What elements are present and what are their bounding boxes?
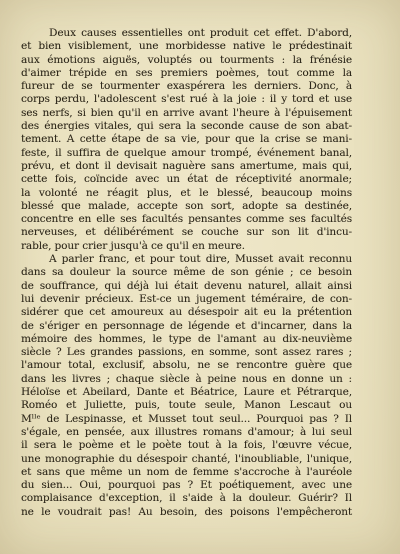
text-line: sidérer que cet amoureux au désespoir ai…	[21, 306, 352, 319]
text-line: l'amour total, exclusif, absolu, ne se r…	[21, 359, 352, 372]
text-line: concentre en elle ses facultés pensantes…	[21, 213, 352, 226]
text-line: aux émotions aiguës, voluptés ou tourmen…	[21, 54, 352, 67]
text-line: ses nerfs, si bien qu'il en arrive avant…	[21, 107, 352, 120]
text-line: corps perdu, l'adolescent s'est rué à la…	[21, 93, 352, 106]
text-line: la volonté ne réagit plus, et le blessé,…	[21, 187, 352, 200]
text-line: il sera le poème et le poète tout à la f…	[21, 439, 352, 452]
text-line: mémoire des hommes, le type de l'amant a…	[21, 333, 352, 346]
text-line: tement. A cette étape de sa vie, pour qu…	[21, 133, 352, 146]
text-line: siècle ? Les grandes passions, en somme,…	[21, 346, 352, 359]
text-line: Deux causes essentielles ont produit cet…	[21, 27, 352, 40]
text-line: cette fois, coïncide avec un état de réc…	[21, 173, 352, 186]
book-page: Deux causes essentielles ont produit cet…	[0, 0, 400, 554]
page-text-block: Deux causes essentielles ont produit cet…	[21, 27, 352, 519]
text-line: Héloïse et Abeilard, Dante et Béatrice, …	[21, 386, 352, 399]
text-line: s'égale, en pensée, aux illustres romans…	[21, 426, 352, 439]
text-line: de souffrance, qui déjà lui était devenu…	[21, 280, 352, 293]
text-line: rable, pour crier jusqu'à ce qu'il en me…	[21, 240, 352, 253]
text-line: des énergies vitales, qui sera la second…	[21, 120, 352, 133]
text-line: dans les livres ; chaque siècle à peine …	[21, 373, 352, 386]
text-line: d'aimer trépide en ses premiers poèmes, …	[21, 67, 352, 80]
text-line: et sans que même un nom de femme s'accro…	[21, 466, 352, 479]
text-line: complaisance d'exception, il s'aide à la…	[21, 492, 352, 505]
text-line: dans sa douleur la source même de son gé…	[21, 266, 352, 279]
text-line: prévu, et dont il devisait naguère sans …	[21, 160, 352, 173]
text-line: Mˡˡᵉ de Lespinasse, et Musset tout seul.…	[21, 413, 352, 426]
text-line: Roméo et Juliette, puis, toute seule, Ma…	[21, 399, 352, 412]
text-line: blessé que malade, accepte son sort, ado…	[21, 200, 352, 213]
text-line: une monographie du désespoir chanté, l'i…	[21, 453, 352, 466]
text-line: lui devenir précieux. Est-ce un jugement…	[21, 293, 352, 306]
text-line: de s'ériger en personnage de légende et …	[21, 320, 352, 333]
text-line: A parler franc, et pour tout dire, Musse…	[21, 253, 352, 266]
text-line: feste, il suffira de quelque amour tromp…	[21, 147, 352, 160]
text-line: fureur de se tourmenter exaspérera les d…	[21, 80, 352, 93]
text-line: du sien... Oui, pourquoi pas ? Et poétiq…	[21, 479, 352, 492]
text-line: et bien visiblement, une morbidesse nati…	[21, 40, 352, 53]
text-line: nerveuses, et délibérément se couche sur…	[21, 226, 352, 239]
text-line: ne le voudrait pas! Au besoin, des poiso…	[21, 506, 352, 519]
